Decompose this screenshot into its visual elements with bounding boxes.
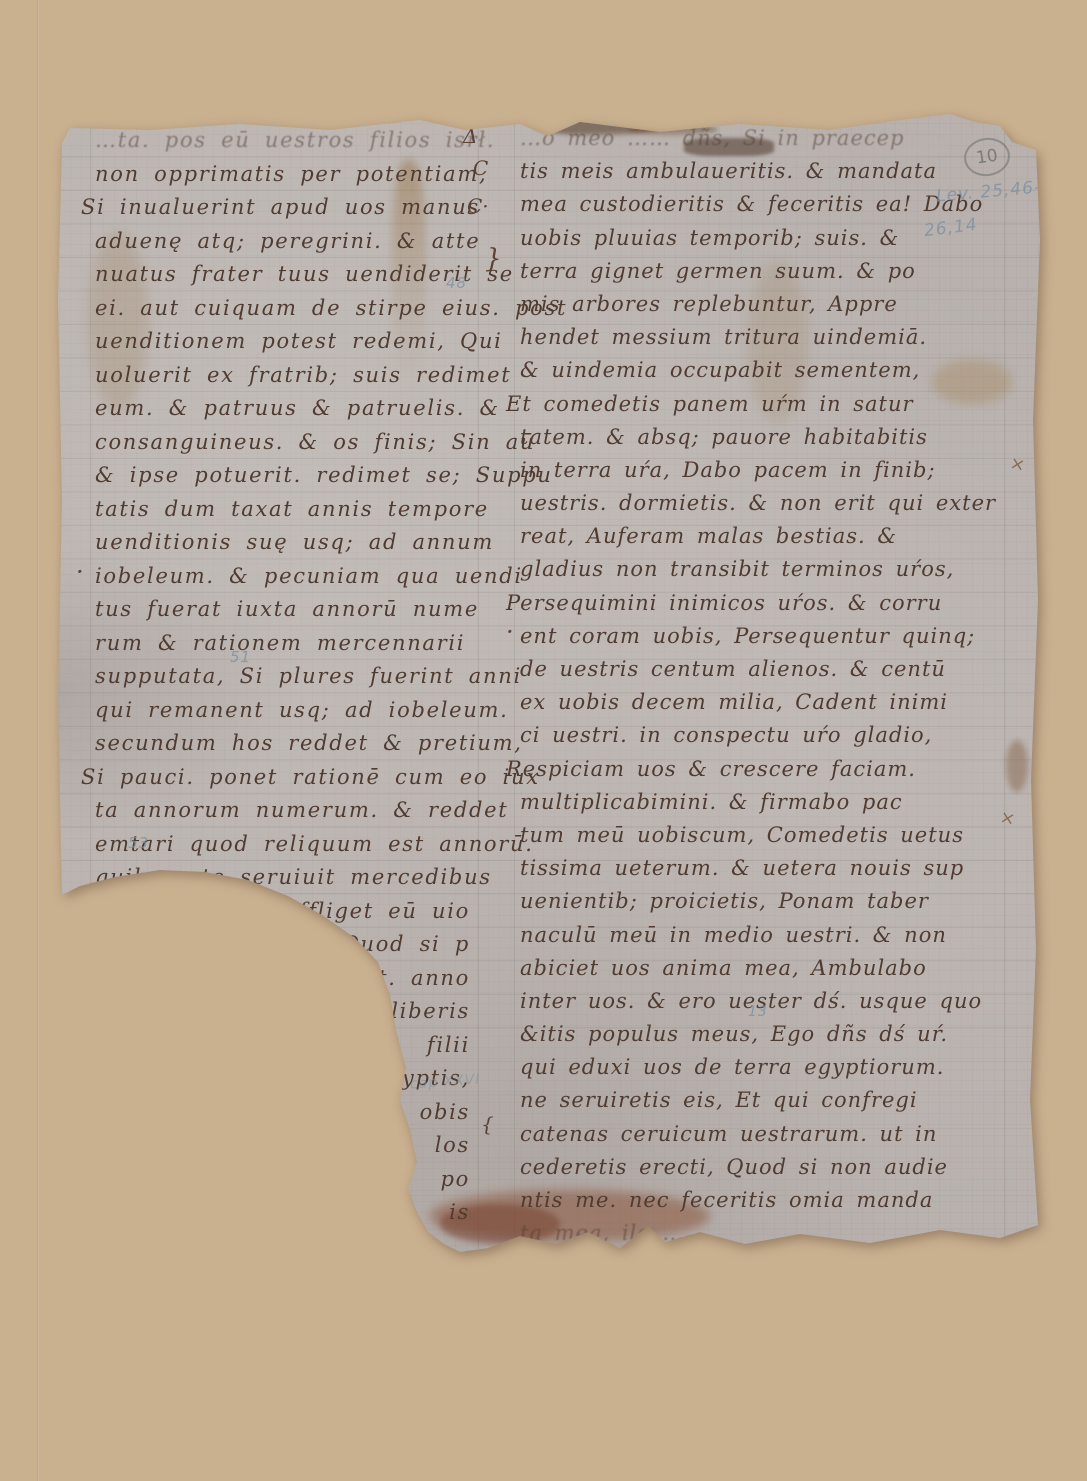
text-line: mis arbores replebuntur, Appre bbox=[520, 292, 1012, 325]
text-line: quib; ante seruiuit mercedibus bbox=[95, 865, 470, 899]
text-line: cederetis erecti, Quod si non audie bbox=[520, 1155, 1012, 1188]
text-line: obis bbox=[95, 1100, 470, 1134]
text-line: tatis. Non affliget eū uio bbox=[95, 899, 470, 933]
gutter-mark-c2: C· bbox=[467, 194, 489, 218]
text-line: aduenę atq; peregrini. & atte bbox=[95, 229, 470, 263]
text-line: naculū meū in medio uestri. & non bbox=[520, 923, 1012, 956]
text-line: reat, Auferam malas bestias. & bbox=[520, 524, 1012, 557]
parchment-fragment: …ta. pos eū uestros filios isrł.non oppr… bbox=[48, 112, 1042, 1268]
text-line: tum meū uobiscum, Comedetis uetus bbox=[520, 823, 1012, 856]
text-line: los bbox=[95, 1133, 470, 1167]
text-line: uenditionis suę usq; ad annum bbox=[95, 530, 470, 564]
text-line: it. anno bbox=[95, 966, 470, 1000]
text-line: …ta. pos eū uestros filios isrł. bbox=[95, 128, 470, 162]
text-line: qui eduxi uos de terra egyptiorum. bbox=[520, 1055, 1012, 1088]
text-line: ci uestri. in conspectu uŕo gladio, bbox=[520, 723, 1012, 756]
margin-dot-right: · bbox=[506, 618, 514, 646]
text-line: Si inualuerint apud uos manus bbox=[95, 195, 470, 229]
left-text-column: …ta. pos eū uestros filios isrł.non oppr… bbox=[95, 128, 470, 1234]
text-line: is bbox=[95, 1200, 470, 1234]
text-line: non opprimatis per potentiam, bbox=[95, 162, 470, 196]
gutter-mark-delta: Δ bbox=[463, 124, 477, 148]
margin-rule-left bbox=[90, 112, 91, 1268]
text-line: & uindemia occupabit sementem, bbox=[520, 358, 1012, 391]
text-line: eum. & patruus & patruelis. & bbox=[95, 396, 470, 430]
folio-number: 10 bbox=[975, 146, 999, 169]
text-line: hendet messium tritura uindemiā. bbox=[520, 325, 1012, 358]
verse-number-53: 53 bbox=[128, 834, 149, 852]
manuscript-photo: { "document": { "kind": "parchment manus… bbox=[0, 0, 1087, 1481]
text-line: tatis dum taxat annis tempore bbox=[95, 497, 470, 531]
text-line: emtari quod reliquum est annorū. bbox=[95, 832, 470, 866]
text-line: consanguineus. & os finis; Sin aū bbox=[95, 430, 470, 464]
text-line: Et comedetis panem uŕm in satur bbox=[520, 392, 1012, 425]
text-line: Respiciam uos & crescere faciam. bbox=[520, 757, 1012, 790]
text-line: rum & rationem mercennarii bbox=[95, 631, 470, 665]
text-line: ntis me. nec feceritis omia manda bbox=[520, 1188, 1012, 1221]
text-line: Persequimini inimicos uŕos. & corru bbox=[520, 591, 1012, 624]
text-line: in terra uŕa, Dabo pacem in finib; bbox=[520, 458, 1012, 491]
parchment-surface: …ta. pos eū uestros filios isrł.non oppr… bbox=[48, 112, 1042, 1268]
text-line: de uestris centum alienos. & centū bbox=[520, 657, 1012, 690]
text-line: ta mea, ile … bbox=[520, 1221, 1012, 1254]
text-line: catenas ceruicum uestrarum. ut in bbox=[520, 1122, 1012, 1155]
text-line: ei. aut cuiquam de stirpe eius. post bbox=[95, 296, 470, 330]
gutter-mark-brace2: { bbox=[481, 1112, 494, 1136]
verse-number-13: 13 bbox=[748, 1004, 768, 1020]
text-line: uestris. dormietis. & non erit qui exter bbox=[520, 491, 1012, 524]
text-line: ne seruiretis eis, Et qui confregi bbox=[520, 1088, 1012, 1121]
text-line: &itis populus meus, Ego dñs dś uŕ. bbox=[520, 1022, 1012, 1055]
margin-dot-left: · bbox=[76, 558, 84, 586]
text-line: & ipse potuerit. redimet se; Suppu bbox=[95, 463, 470, 497]
verse-number-51: 51 bbox=[230, 648, 251, 666]
text-line: liberis bbox=[95, 999, 470, 1033]
text-line: uenditionem potest redemi, Qui bbox=[95, 329, 470, 363]
text-line: …o meo …… dñs, Si in praecep bbox=[520, 126, 1012, 159]
text-line: multiplicabimini. & firmabo pac bbox=[520, 790, 1012, 823]
right-text-column: …o meo …… dñs, Si in praeceptis meis amb… bbox=[520, 126, 1012, 1254]
gutter-mark-c: C bbox=[473, 156, 488, 180]
text-line: uoluerit ex fratrib; suis redimet bbox=[95, 363, 470, 397]
text-line: nuatus frater tuus uendiderit se bbox=[95, 262, 470, 296]
text-line: filii bbox=[95, 1033, 470, 1067]
text-line: ta annorum numerum. & reddet bbox=[95, 798, 470, 832]
column-rule-2 bbox=[514, 112, 515, 1268]
verse-number-48: 48 bbox=[446, 274, 467, 292]
text-line: abiciet uos anima mea, Ambulabo bbox=[520, 956, 1012, 989]
text-line: ex uobis decem milia, Cadent inimi bbox=[520, 690, 1012, 723]
mount-seam bbox=[37, 0, 39, 1481]
text-line: supputata, Si plures fuerint anni bbox=[95, 664, 470, 698]
text-line: terra gignet germen suum. & po bbox=[520, 259, 1012, 292]
text-line: qui remanent usq; ad iobeleum. bbox=[95, 698, 470, 732]
text-line: po bbox=[95, 1167, 470, 1201]
text-line: uenientib; proicietis, Ponam taber bbox=[520, 889, 1012, 922]
text-line: tatem. & absq; pauore habitabitis bbox=[520, 425, 1012, 458]
text-line: secundum hos reddet & pretium, bbox=[95, 731, 470, 765]
text-line: ent coram uobis, Persequentur quinq; bbox=[520, 624, 1012, 657]
text-line: iobeleum. & pecuniam qua uendi bbox=[95, 564, 470, 598]
text-line: tus fuerat iuxta annorū nume bbox=[95, 597, 470, 631]
text-line: gladius non transibit terminos uŕos, bbox=[520, 557, 1012, 590]
text-line: Si pauci. ponet rationē cum eo iux bbox=[95, 765, 470, 799]
text-line: tissima ueterum. & uetera nouis sup bbox=[520, 856, 1012, 889]
gutter-mark-brace: } bbox=[485, 244, 502, 274]
text-line: o, Quod si p bbox=[95, 932, 470, 966]
